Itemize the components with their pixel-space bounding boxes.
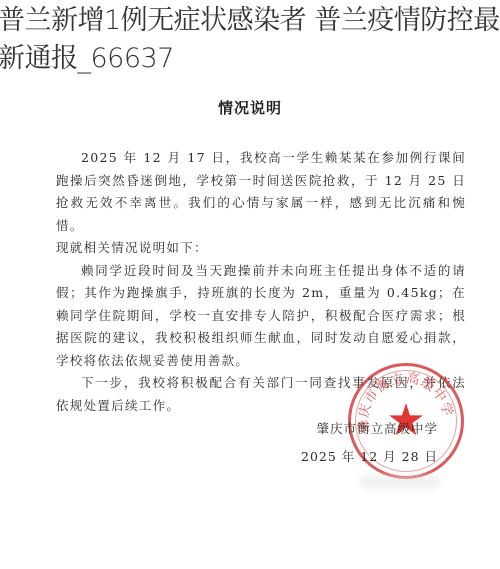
signature-block: 肇庆市衡立高级中学 2025 年 12 月 28 日	[301, 415, 438, 471]
paragraph-details: 赖同学近段时间及当天跑操前并未向班主任提出身体不适的请假；其作为跑操旗手，持班旗…	[56, 260, 466, 373]
signature-date: 2025 年 12 月 28 日	[301, 443, 438, 471]
scan-smudge	[360, 475, 440, 489]
document-title: 情况说明	[0, 97, 500, 118]
article-headline: 普兰新增1例无症状感染者 普兰疫情防控最新通报_66637	[0, 2, 500, 78]
paragraph-incident: 2025 年 12 月 17 日，我校高一学生赖某某在参加例行课间跑操后突然昏迷…	[56, 147, 466, 237]
signature-org: 肇庆市衡立高级中学	[301, 415, 438, 443]
document-image: 情况说明 2025 年 12 月 17 日，我校高一学生赖某某在参加例行课间跑操…	[0, 85, 500, 569]
paragraph-intro: 现就相关情况说明如下：	[56, 237, 466, 260]
